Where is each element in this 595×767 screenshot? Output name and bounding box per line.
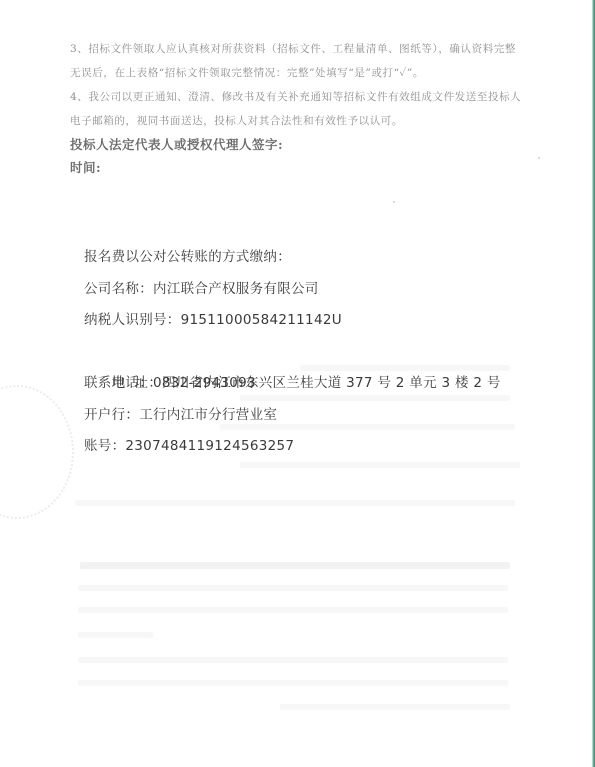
phone-label: 联系电话： <box>84 375 153 391</box>
payment-info-section: 报名费以公对公转账的方式缴纳： 公司名称：内江联合产权服务有限公司 纳税人识别号… <box>84 242 501 463</box>
bank-label: 开户行： <box>84 407 139 423</box>
note-4-line-2: 电子邮箱的，视同书面送达，投标人对其合法性和有效性予以认可。 <box>70 109 540 133</box>
bleed-through-mark <box>75 500 515 506</box>
address-row: 地 址：四川省内江市东兴区兰桂大道 377 号 2 单元 3 楼 2 号 <box>84 337 501 369</box>
bleed-through-mark <box>280 704 510 710</box>
company-name-row: 公司名称：内江联合产权服务有限公司 <box>84 274 501 306</box>
bleed-through-mark <box>78 585 508 591</box>
scan-speck <box>393 201 395 203</box>
notes-section: 3、招标文件领取人应认真核对所获资料（招标文件、工程量清单、图纸等），确认资料完… <box>70 37 540 179</box>
company-name-value: 内江联合产权服务有限公司 <box>153 281 319 297</box>
company-name-label: 公司名称： <box>84 281 153 297</box>
bleed-through-mark <box>240 462 520 468</box>
note-4-line-1: 4、我公司以更正通知、澄清、修改书及有关补充通知等招标文件有效组成文件发送至投标… <box>70 85 540 109</box>
account-label: 账号： <box>84 438 125 454</box>
scanned-document-page: 3、招标文件领取人应认真核对所获资料（招标文件、工程量清单、图纸等），确认资料完… <box>0 0 595 767</box>
bleed-through-mark <box>78 657 508 663</box>
phone-value: 0832-2943093 <box>153 375 256 391</box>
bleed-through-mark <box>80 562 510 569</box>
note-3-line-1: 3、招标文件领取人应认真核对所获资料（招标文件、工程量清单、图纸等），确认资料完… <box>70 37 540 61</box>
bleed-through-mark <box>78 680 508 686</box>
tax-id-value: 91511000584211142U <box>181 312 342 328</box>
note-3-line-2: 无误后，在上表格“招标文件领取完整情况：完整”处填写“是”或打“✓”。 <box>70 61 540 85</box>
bank-row: 开户行：工行内江市分行营业室 <box>84 400 501 432</box>
bleed-through-mark <box>78 607 508 613</box>
payment-heading: 报名费以公对公转账的方式缴纳： <box>84 242 501 274</box>
tax-id-row: 纳税人识别号：91511000584211142U <box>84 305 501 337</box>
bank-value: 工行内江市分行营业室 <box>139 407 277 423</box>
time-label: 时间: <box>70 156 540 179</box>
account-row: 账号：2307484119124563257 <box>84 431 501 463</box>
signature-label: 投标人法定代表人或授权代理人签字: <box>70 133 540 156</box>
bleed-through-mark <box>78 632 153 638</box>
account-value: 2307484119124563257 <box>125 438 294 454</box>
seal-bleed-through <box>0 385 74 519</box>
tax-id-label: 纳税人识别号： <box>84 312 181 328</box>
